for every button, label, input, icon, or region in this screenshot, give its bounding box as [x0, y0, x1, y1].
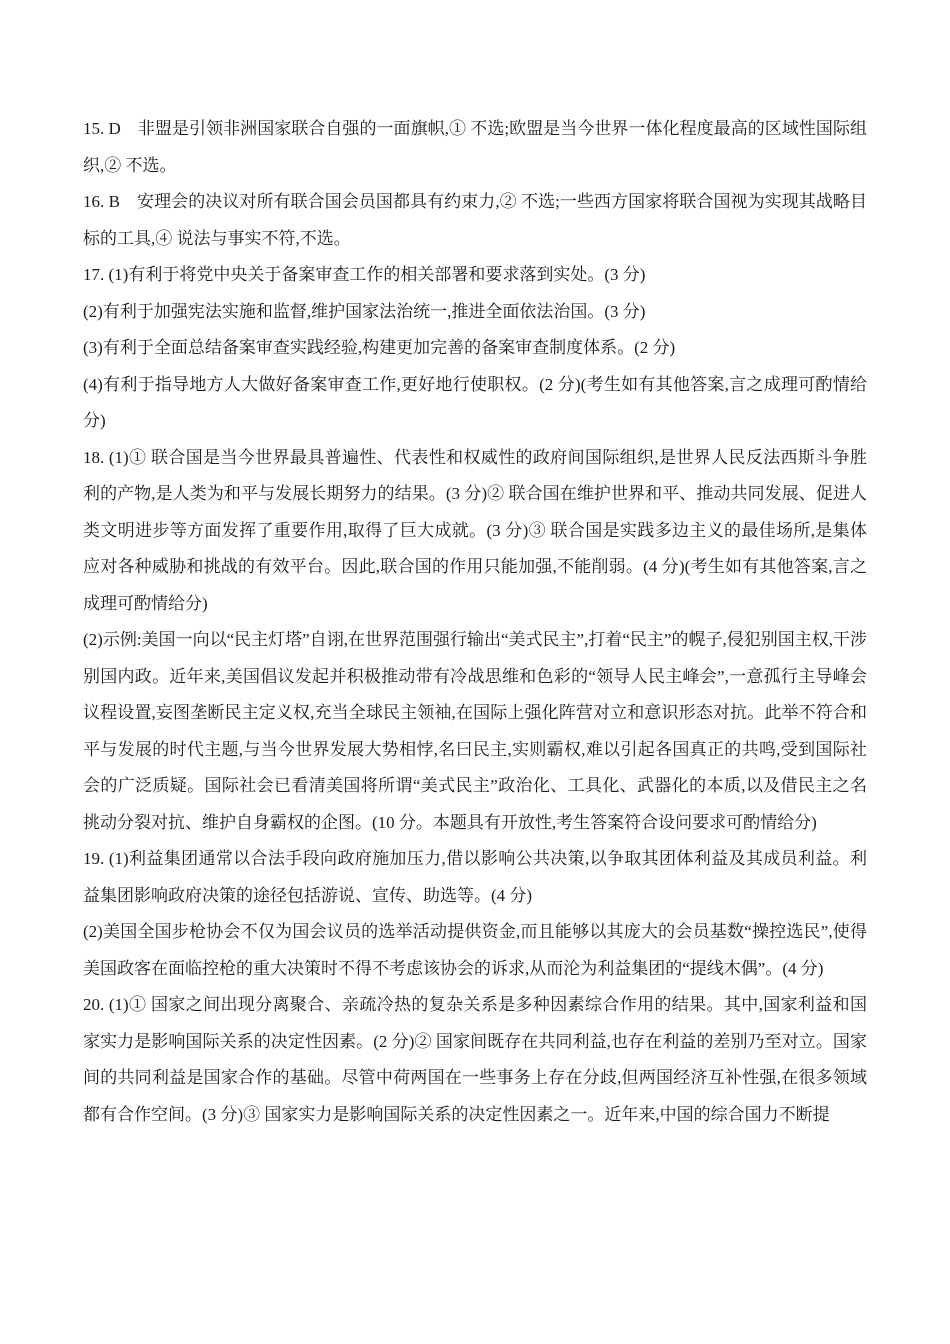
answer-q19-part1: 19. (1)利益集团通常以合法手段向政府施加压力,借以影响公共决策,以争取其团…: [83, 841, 867, 914]
answer-q17-part1: 17. (1)有利于将党中央关于备案审查工作的相关部署和要求落到实处。(3 分): [83, 257, 867, 294]
answer-key-page: 15. D 非盟是引领非洲国家联合自强的一面旗帜,① 不选;欧盟是当今世界一体化…: [83, 111, 867, 1133]
answer-q15: 15. D 非盟是引领非洲国家联合自强的一面旗帜,① 不选;欧盟是当今世界一体化…: [83, 111, 867, 184]
answer-q18-part2: (2)示例:美国一向以“民主灯塔”自诩,在世界范围强行输出“美式民主”,打着“民…: [83, 622, 867, 841]
answer-q18-part1: 18. (1)① 联合国是当今世界最具普遍性、代表性和权威性的政府间国际组织,是…: [83, 440, 867, 623]
answer-q17-part4: (4)有利于指导地方人大做好备案审查工作,更好地行使职权。(2 分)(考生如有其…: [83, 367, 867, 440]
answer-q17-part2: (2)有利于加强宪法实施和监督,维护国家法治统一,推进全面依法治国。(3 分): [83, 294, 867, 331]
answer-q16: 16. B 安理会的决议对所有联合国会员国都具有约束力,② 不选;一些西方国家将…: [83, 184, 867, 257]
answer-q20-part1: 20. (1)① 国家之间出现分离聚合、亲疏冷热的复杂关系是多种因素综合作用的结…: [83, 987, 867, 1133]
answer-q17-part3: (3)有利于全面总结备案审查实践经验,构建更加完善的备案审查制度体系。(2 分): [83, 330, 867, 367]
answer-q19-part2: (2)美国全国步枪协会不仅为国会议员的选举活动提供资金,而且能够以其庞大的会员基…: [83, 914, 867, 987]
